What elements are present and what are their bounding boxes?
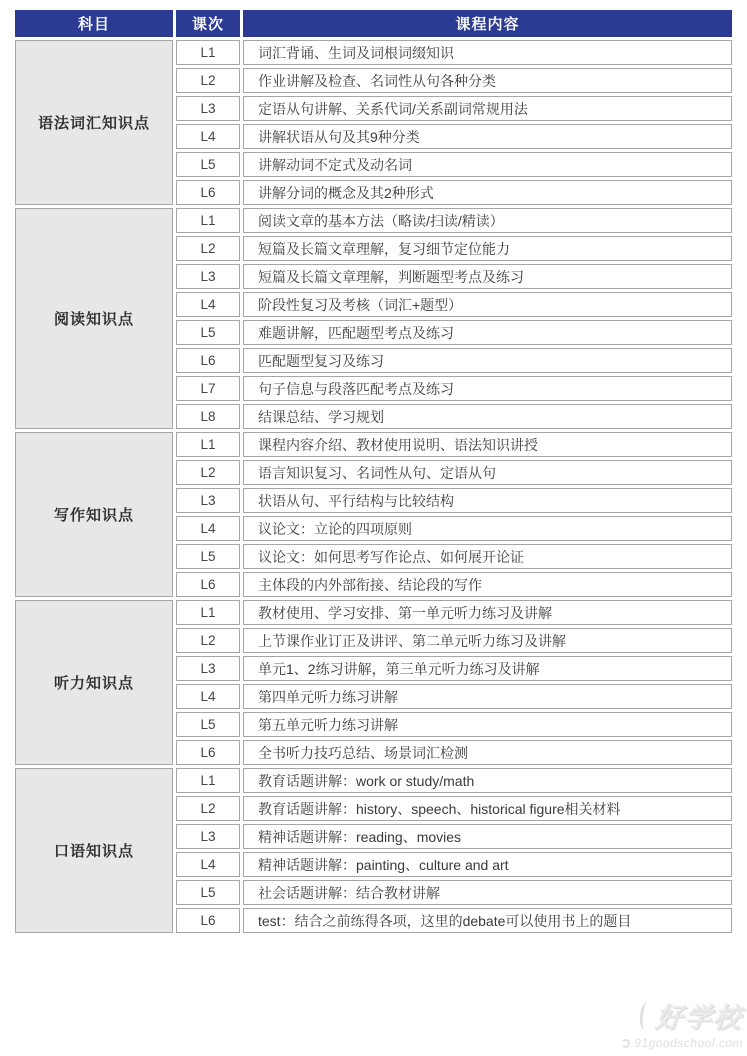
lesson-cell: L3 <box>176 264 240 289</box>
content-cell: 主体段的内外部衔接、结论段的写作 <box>243 572 732 597</box>
watermark-logo-text: 好学校 <box>654 996 744 1035</box>
subject-cell: 听力知识点 <box>15 600 173 765</box>
subject-cell: 口语知识点 <box>15 768 173 933</box>
content-cell: 阅读文章的基本方法（略读/扫读/精读） <box>243 208 732 233</box>
lesson-cell: L2 <box>176 796 240 821</box>
table-row: 阅读知识点L1阅读文章的基本方法（略读/扫读/精读） <box>15 208 732 233</box>
content-cell: test：结合之前练得各项，这里的debate可以使用书上的题目 <box>243 908 732 933</box>
lesson-cell: L5 <box>176 712 240 737</box>
table-row: 写作知识点L1课程内容介绍、教材使用说明、语法知识讲授 <box>15 432 732 457</box>
course-table-body: 语法词汇知识点L1词汇背诵、生词及词根词缀知识L2作业讲解及检查、名词性从句各种… <box>15 40 732 933</box>
lesson-cell: L1 <box>176 600 240 625</box>
content-cell: 状语从句、平行结构与比较结构 <box>243 488 732 513</box>
lesson-cell: L2 <box>176 236 240 261</box>
content-cell: 全书听力技巧总结、场景词汇检测 <box>243 740 732 765</box>
lesson-cell: L5 <box>176 320 240 345</box>
table-row: 语法词汇知识点L1词汇背诵、生词及词根词缀知识 <box>15 40 732 65</box>
content-cell: 议论文：立论的四项原则 <box>243 516 732 541</box>
lesson-cell: L2 <box>176 68 240 93</box>
lesson-cell: L3 <box>176 656 240 681</box>
content-cell: 匹配题型复习及练习 <box>243 348 732 373</box>
lesson-cell: L6 <box>176 740 240 765</box>
content-cell: 语言知识复习、名词性从句、定语从句 <box>243 460 732 485</box>
watermark-swoosh-icon <box>639 1001 654 1030</box>
content-cell: 讲解分词的概念及其2种形式 <box>243 180 732 205</box>
lesson-cell: L7 <box>176 376 240 401</box>
table-row: 口语知识点L1教育话题讲解：work or study/math <box>15 768 732 793</box>
content-cell: 精神话题讲解：reading、movies <box>243 824 732 849</box>
lesson-cell: L1 <box>176 432 240 457</box>
content-cell: 作业讲解及检查、名词性从句各种分类 <box>243 68 732 93</box>
lesson-cell: L3 <box>176 96 240 121</box>
lesson-cell: L1 <box>176 40 240 65</box>
content-cell: 上节课作业订正及讲评、第二单元听力练习及讲解 <box>243 628 732 653</box>
lesson-cell: L8 <box>176 404 240 429</box>
content-cell: 讲解状语从句及其9种分类 <box>243 124 732 149</box>
lesson-cell: L2 <box>176 628 240 653</box>
content-cell: 难题讲解，匹配题型考点及练习 <box>243 320 732 345</box>
content-cell: 阶段性复习及考核（词汇+题型） <box>243 292 732 317</box>
lesson-cell: L5 <box>176 544 240 569</box>
content-cell: 句子信息与段落匹配考点及练习 <box>243 376 732 401</box>
lesson-cell: L1 <box>176 768 240 793</box>
content-cell: 第四单元听力练习讲解 <box>243 684 732 709</box>
watermark-bottom: 91goodschool.com <box>621 1036 743 1050</box>
lesson-cell: L5 <box>176 880 240 905</box>
subject-cell: 阅读知识点 <box>15 208 173 429</box>
lesson-cell: L1 <box>176 208 240 233</box>
lesson-cell: L6 <box>176 908 240 933</box>
header-row: 科目 课次 课程内容 <box>15 10 732 37</box>
lesson-cell: L2 <box>176 460 240 485</box>
content-cell: 社会话题讲解：结合教材讲解 <box>243 880 732 905</box>
content-cell: 短篇及长篇文章理解，复习细节定位能力 <box>243 236 732 261</box>
column-header-subject: 科目 <box>15 10 173 37</box>
course-table: 科目 课次 课程内容 语法词汇知识点L1词汇背诵、生词及词根词缀知识L2作业讲解… <box>12 7 735 936</box>
lesson-cell: L4 <box>176 852 240 877</box>
lesson-cell: L4 <box>176 292 240 317</box>
subject-cell: 写作知识点 <box>15 432 173 597</box>
lesson-cell: L5 <box>176 152 240 177</box>
content-cell: 第五单元听力练习讲解 <box>243 712 732 737</box>
watermark: 好学校 91goodschool.com <box>621 996 743 1050</box>
column-header-content: 课程内容 <box>243 10 732 37</box>
content-cell: 精神话题讲解：painting、culture and art <box>243 852 732 877</box>
lesson-cell: L3 <box>176 824 240 849</box>
lesson-cell: L6 <box>176 348 240 373</box>
watermark-swirl-icon <box>621 1039 630 1048</box>
content-cell: 结课总结、学习规划 <box>243 404 732 429</box>
subject-cell: 语法词汇知识点 <box>15 40 173 205</box>
table-row: 听力知识点L1教材使用、学习安排、第一单元听力练习及讲解 <box>15 600 732 625</box>
lesson-cell: L6 <box>176 572 240 597</box>
course-table-header: 科目 课次 课程内容 <box>15 10 732 37</box>
content-cell: 课程内容介绍、教材使用说明、语法知识讲授 <box>243 432 732 457</box>
content-cell: 词汇背诵、生词及词根词缀知识 <box>243 40 732 65</box>
lesson-cell: L3 <box>176 488 240 513</box>
lesson-cell: L4 <box>176 684 240 709</box>
content-cell: 议论文：如何思考写作论点、如何展开论证 <box>243 544 732 569</box>
content-cell: 教材使用、学习安排、第一单元听力练习及讲解 <box>243 600 732 625</box>
lesson-cell: L4 <box>176 124 240 149</box>
lesson-cell: L4 <box>176 516 240 541</box>
content-cell: 短篇及长篇文章理解，判断题型考点及练习 <box>243 264 732 289</box>
lesson-cell: L6 <box>176 180 240 205</box>
content-cell: 教育话题讲解：history、speech、historical figure相… <box>243 796 732 821</box>
content-cell: 单元1、2练习讲解，第三单元听力练习及讲解 <box>243 656 732 681</box>
watermark-top: 好学校 <box>621 996 743 1035</box>
content-cell: 定语从句讲解、关系代词/关系副词常规用法 <box>243 96 732 121</box>
column-header-lesson: 课次 <box>176 10 240 37</box>
content-cell: 讲解动词不定式及动名词 <box>243 152 732 177</box>
watermark-url-text: 91goodschool.com <box>634 1036 743 1050</box>
content-cell: 教育话题讲解：work or study/math <box>243 768 732 793</box>
